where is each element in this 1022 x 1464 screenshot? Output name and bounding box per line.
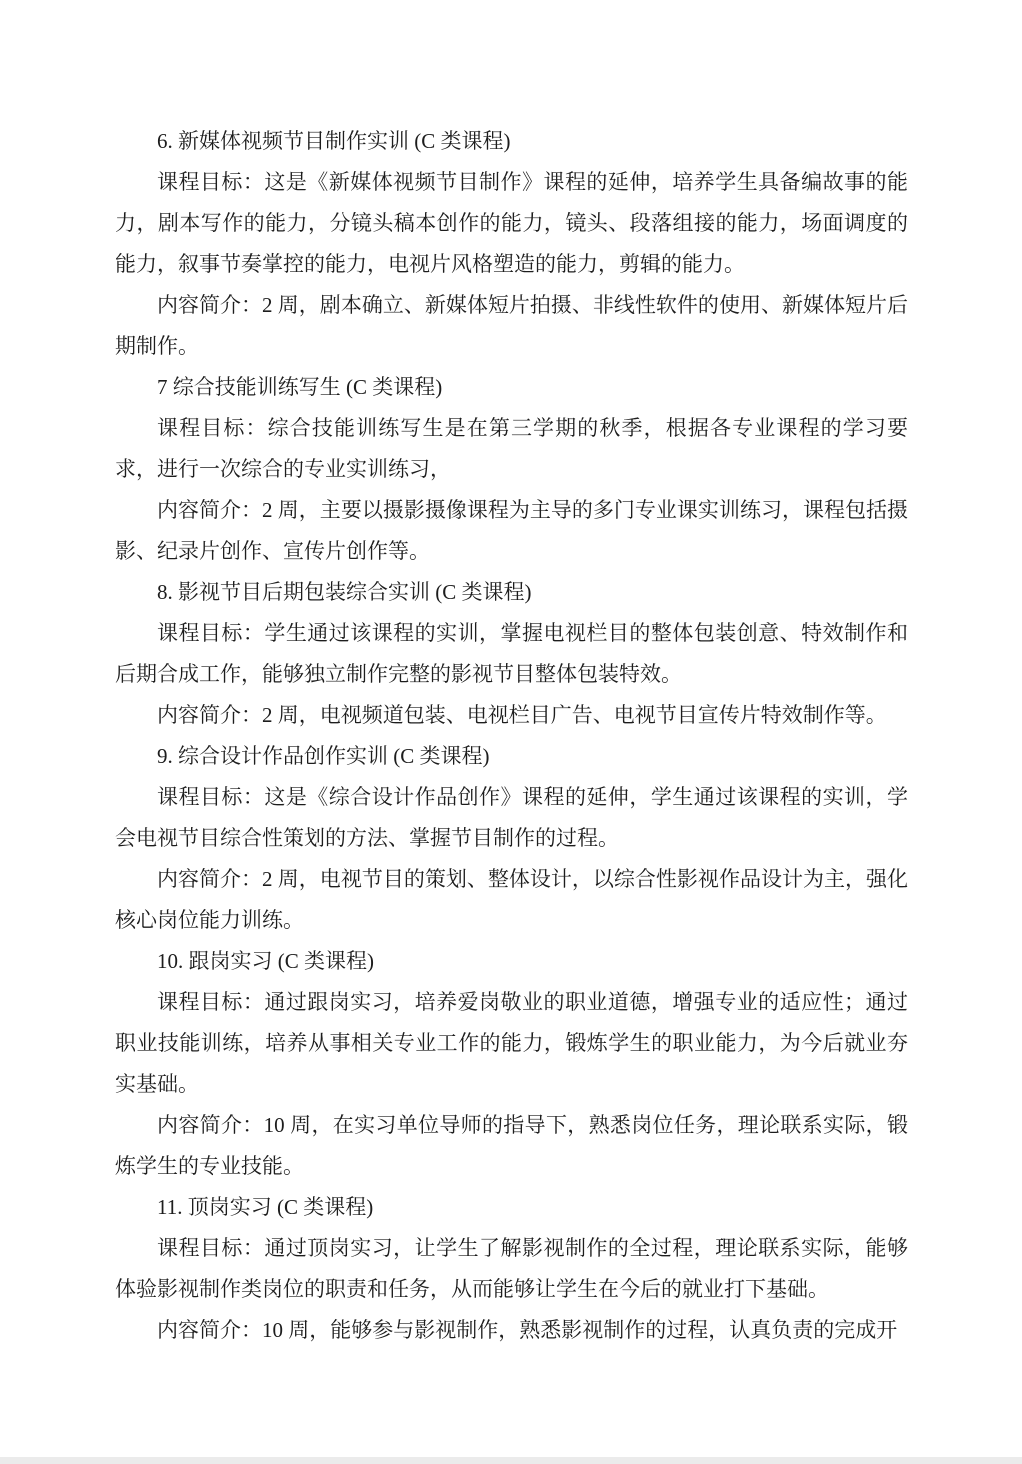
section-9-course-goal-paragraph: 课程目标：这是《综合设计作品创作》课程的延伸，学生通过该课程的实训，学会电视节目… — [115, 777, 908, 859]
section-10-course-goal-paragraph: 课程目标：通过跟岗实习，培养爱岗敬业的职业道德，增强专业的适应性；通过职业技能训… — [115, 982, 908, 1105]
section-8-heading: 8. 影视节目后期包装综合实训 (C 类课程) — [115, 572, 908, 613]
section-7-content-intro-paragraph: 内容简介：2 周，主要以摄影摄像课程为主导的多门专业课实训练习，课程包括摄影、纪… — [115, 490, 908, 572]
section-9-heading: 9. 综合设计作品创作实训 (C 类课程) — [115, 736, 908, 777]
page-bottom-gap — [0, 1457, 1022, 1464]
section-10-content-intro-paragraph: 内容简介：10 周，在实习单位导师的指导下，熟悉岗位任务，理论联系实际，锻炼学生… — [115, 1105, 908, 1187]
section-11-course-goal-paragraph: 课程目标：通过顶岗实习，让学生了解影视制作的全过程，理论联系实际，能够体验影视制… — [115, 1228, 908, 1310]
section-8-content-intro-paragraph: 内容简介：2 周，电视频道包装、电视栏目广告、电视节目宣传片特效制作等。 — [115, 695, 908, 736]
document-body: 6. 新媒体视频节目制作实训 (C 类课程) 课程目标：这是《新媒体视频节目制作… — [115, 121, 908, 1351]
section-7-course-goal-paragraph: 课程目标：综合技能训练写生是在第三学期的秋季，根据各专业课程的学习要求，进行一次… — [115, 408, 908, 490]
section-6-heading: 6. 新媒体视频节目制作实训 (C 类课程) — [115, 121, 908, 162]
section-6-content-intro-paragraph: 内容简介：2 周，剧本确立、新媒体短片拍摄、非线性软件的使用、新媒体短片后期制作… — [115, 285, 908, 367]
section-7-heading: 7 综合技能训练写生 (C 类课程) — [115, 367, 908, 408]
document-page: 6. 新媒体视频节目制作实训 (C 类课程) 课程目标：这是《新媒体视频节目制作… — [0, 0, 1022, 1457]
section-9-content-intro-paragraph: 内容简介：2 周，电视节目的策划、整体设计，以综合性影视作品设计为主，强化核心岗… — [115, 859, 908, 941]
section-10-heading: 10. 跟岗实习 (C 类课程) — [115, 941, 908, 982]
section-11-heading: 11. 顶岗实习 (C 类课程) — [115, 1187, 908, 1228]
section-8-course-goal-paragraph: 课程目标：学生通过该课程的实训，掌握电视栏目的整体包装创意、特效制作和后期合成工… — [115, 613, 908, 695]
section-11-content-intro-paragraph: 内容简介：10 周，能够参与影视制作，熟悉影视制作的过程，认真负责的完成开 — [115, 1310, 908, 1351]
section-6-course-goal-paragraph: 课程目标：这是《新媒体视频节目制作》课程的延伸，培养学生具备编故事的能力，剧本写… — [115, 162, 908, 285]
